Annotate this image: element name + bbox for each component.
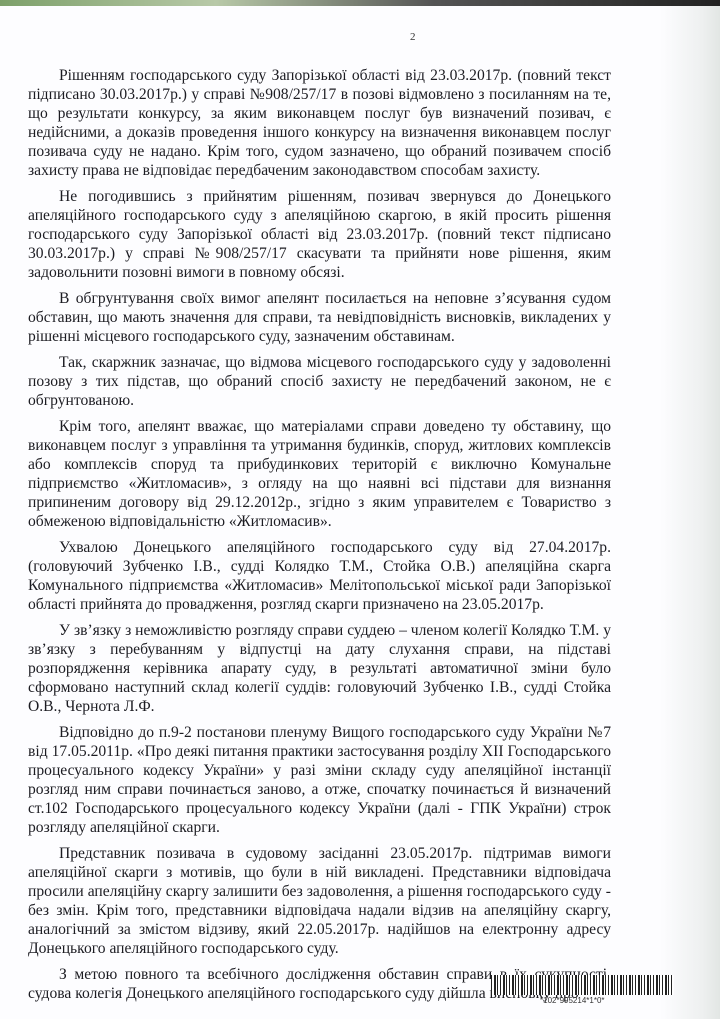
barcode (491, 975, 674, 995)
document-body: Рішенням господарського суду Запорізької… (28, 66, 611, 1010)
paragraph: Рішенням господарського суду Запорізької… (28, 66, 611, 180)
paragraph: Представник позивача в судовому засіданн… (28, 844, 611, 958)
paragraph: Крім того, апелянт вважає, що матеріалам… (28, 417, 611, 531)
paragraph: В обгрунтування своїх вимог апелянт поси… (28, 289, 611, 346)
paragraph: Відповідно до п.9-2 постанови пленуму Ви… (28, 723, 611, 837)
paragraph: Так, скаржник зазначає, що відмова місце… (28, 353, 611, 410)
paragraph: У зв’язку з неможливістю розгляду справи… (28, 621, 611, 716)
page-fold-shadow (660, 6, 720, 1019)
barcode-number: *102*995214*1*0* (540, 996, 605, 1005)
paragraph: Ухвалою Донецького апеляційного господар… (28, 538, 611, 614)
paragraph: Не погодившись з прийнятим рішенням, поз… (28, 187, 611, 282)
page-number: 2 (410, 31, 416, 43)
